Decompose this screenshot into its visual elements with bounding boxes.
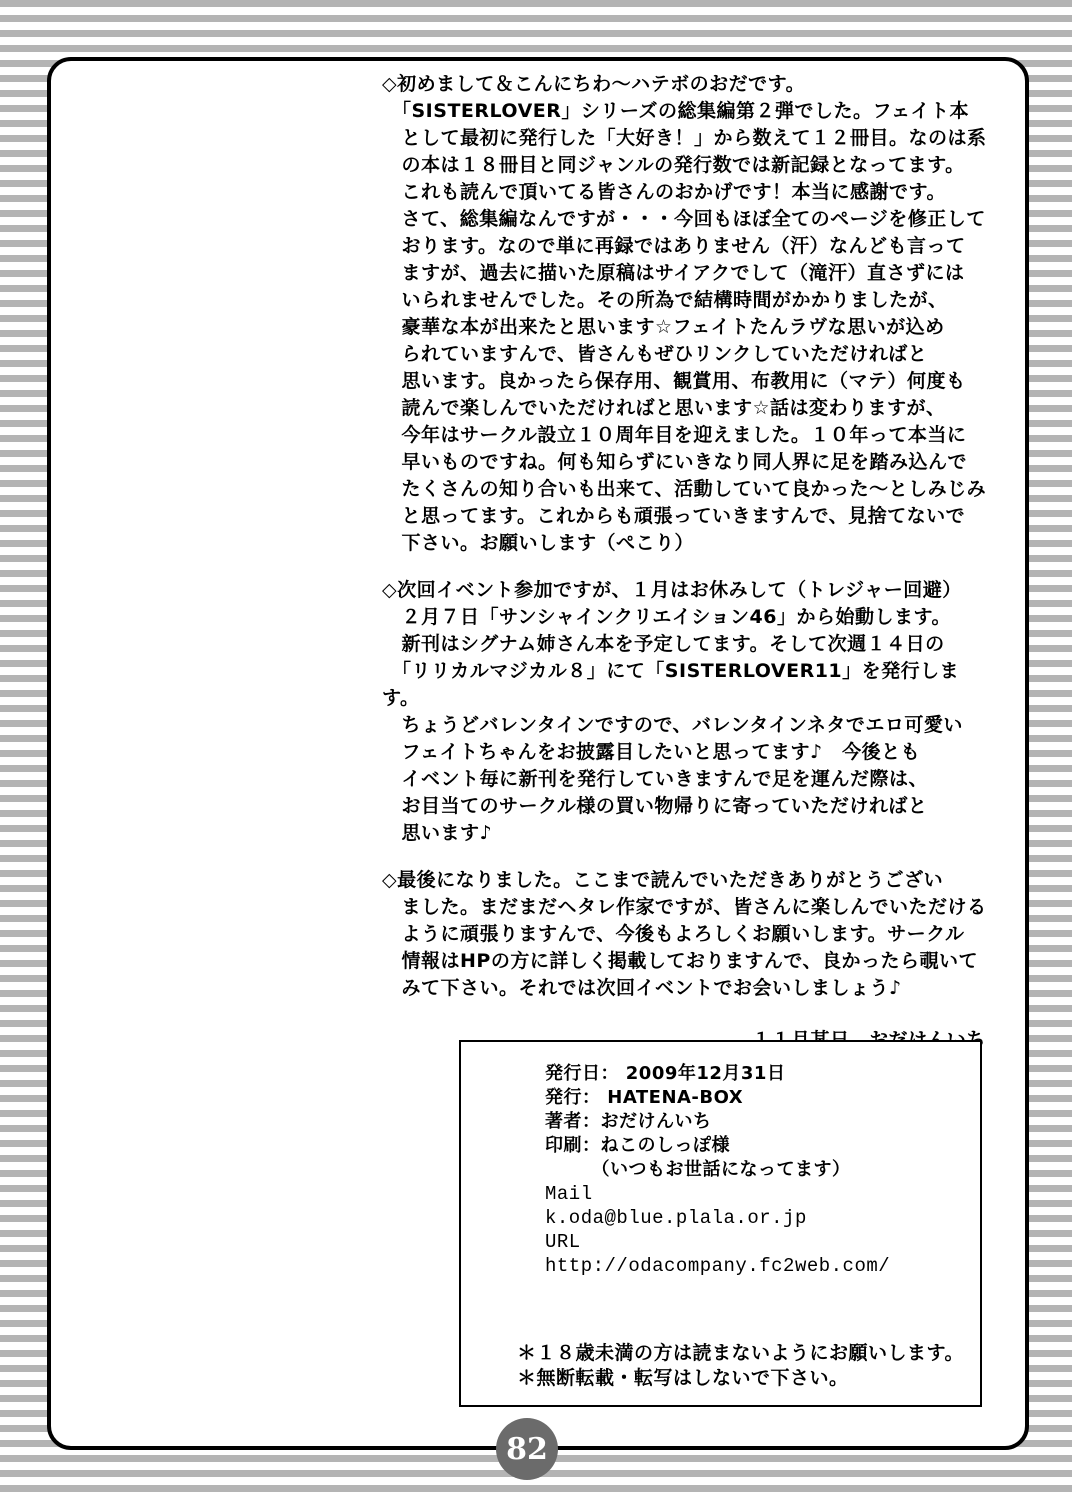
stripe-background: { "colors": { "stripe_gray": "#b4b4b4", … — [0, 0, 1072, 1500]
page-number: 82 — [506, 1432, 548, 1467]
colophon-publish-date: 発行日： 2009年12月31日 — [545, 1062, 980, 1086]
age-warning-line: ＊１８歳未満の方は読まないようにお願いします。 — [517, 1341, 970, 1366]
page-number-badge: 82 — [496, 1418, 558, 1480]
colophon-url-label: URL — [545, 1230, 980, 1254]
afterword-paragraph-greeting: ◇初めまして＆こんにちわ～ハテボのおだです。 「SISTERLOVER」シリーズ… — [382, 71, 994, 557]
colophon-printer: 印刷：ねこのしっぽ様 — [545, 1134, 980, 1158]
colophon-publisher: 発行： HATENA-BOX — [545, 1086, 980, 1110]
colophon-box: 発行日： 2009年12月31日 発行： HATENA-BOX 著者：おだけんい… — [459, 1040, 982, 1407]
afterword-paragraph-closing: ◇最後になりました。ここまで読んでいただきありがとうござい ました。まだまだヘタ… — [382, 867, 994, 1002]
reprint-warning-line: ＊無断転載・転写はしないで下さい。 — [517, 1366, 970, 1391]
colophon-url-value: http://odacompany.fc2web.com/ — [545, 1254, 980, 1278]
colophon-mail-address: k.oda@blue.plala.or.jp — [545, 1206, 980, 1230]
colophon-warnings: ＊１８歳未満の方は読まないようにお願いします。 ＊無断転載・転写はしないで下さい… — [517, 1341, 970, 1391]
afterword-page: ◇初めまして＆こんにちわ～ハテボのおだです。 「SISTERLOVER」シリーズ… — [47, 57, 1029, 1450]
colophon-lines: 発行日： 2009年12月31日 発行： HATENA-BOX 著者：おだけんい… — [461, 1042, 980, 1278]
colophon-mail-label: Mail — [545, 1182, 980, 1206]
colophon-author: 著者：おだけんいち — [545, 1110, 980, 1134]
afterword-paragraph-events: ◇次回イベント参加ですが、１月はお休みして（トレジャー回避） ２月７日「サンシャ… — [382, 577, 994, 847]
colophon-printer-note: （いつもお世話になってます） — [545, 1158, 980, 1182]
afterword-text-column: ◇初めまして＆こんにちわ～ハテボのおだです。 「SISTERLOVER」シリーズ… — [382, 71, 994, 1054]
